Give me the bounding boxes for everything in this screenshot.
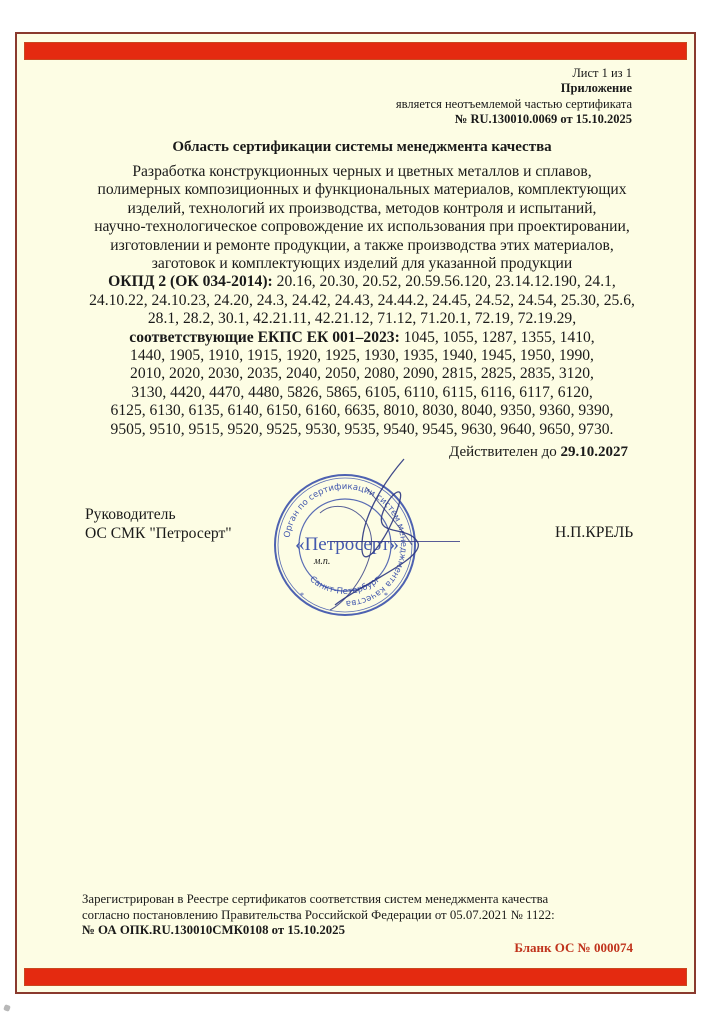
appendix-note: является неотъемлемой частью сертификата bbox=[396, 97, 632, 112]
signatory-position: Руководитель ОС СМК "Петросерт" bbox=[85, 505, 232, 543]
ekps-line: 1440, 1905, 1910, 1915, 1920, 1925, 1930… bbox=[70, 347, 654, 365]
okpd-line: ОКПД 2 (ОК 034-2014): 20.16, 20.30, 20.5… bbox=[70, 273, 654, 291]
okpd-line: 28.1, 28.2, 30.1, 42.21.11, 42.21.12, 71… bbox=[70, 310, 654, 328]
ekps-line: 6125, 6130, 6135, 6140, 6150, 6160, 6635… bbox=[70, 402, 654, 420]
ekps-line: 3130, 4420, 4470, 4480, 5826, 5865, 6105… bbox=[70, 384, 654, 402]
handwritten-signature-icon bbox=[300, 455, 470, 615]
appendix-header: Лист 1 из 1 Приложение является неотъемл… bbox=[396, 66, 632, 127]
form-number: Бланк ОС № 000074 bbox=[514, 940, 633, 956]
scope-line: изделий, технологий их производства, мет… bbox=[70, 200, 654, 218]
okpd-line: 24.10.22, 24.10.23, 24.20, 24.3, 24.42, … bbox=[70, 292, 654, 310]
ekps-line: соответствующие ЕКПС ЕК 001–2023: 1045, … bbox=[70, 329, 654, 347]
scope-line: научно-технологическое сопровождение их … bbox=[70, 218, 654, 236]
ekps-line: 9505, 9510, 9515, 9520, 9525, 9530, 9535… bbox=[70, 421, 654, 439]
signatory-name: Н.П.КРЕЛЬ bbox=[555, 524, 633, 542]
scope-line: изготовлении и ремонте продукции, а такж… bbox=[70, 237, 654, 255]
scan-speck bbox=[3, 1004, 11, 1012]
ekps-codes: 1045, 1055, 1287, 1355, 1410, bbox=[400, 329, 595, 346]
validity-value: 29.10.2027 bbox=[561, 444, 629, 460]
page-title: Область сертификации системы менеджмента… bbox=[0, 139, 724, 156]
scope-line: полимерных композиционных и функциональн… bbox=[70, 181, 654, 199]
scope-line: заготовок и комплектующих изделий для ук… bbox=[70, 255, 654, 273]
top-red-bar bbox=[24, 42, 687, 60]
signatory-title: Руководитель bbox=[85, 505, 232, 524]
signatory-organization: ОС СМК "Петросерт" bbox=[85, 524, 232, 543]
sheet-number: Лист 1 из 1 bbox=[396, 66, 632, 81]
ekps-label: соответствующие ЕКПС ЕК 001–2023: bbox=[129, 329, 399, 346]
registry-line: Зарегистрирован в Реестре сертификатов с… bbox=[82, 892, 555, 908]
certification-scope: Разработка конструкционных черных и цвет… bbox=[70, 163, 654, 439]
okpd-label: ОКПД 2 (ОК 034-2014): bbox=[108, 273, 273, 290]
bottom-red-bar bbox=[24, 968, 687, 986]
appendix-label: Приложение bbox=[396, 81, 632, 96]
registry-note: Зарегистрирован в Реестре сертификатов с… bbox=[82, 892, 555, 939]
okpd-codes: 20.16, 20.30, 20.52, 20.59.56.120, 23.14… bbox=[273, 273, 616, 290]
registry-line: согласно постановлению Правительства Рос… bbox=[82, 908, 555, 924]
ekps-line: 2010, 2020, 2030, 2035, 2040, 2050, 2080… bbox=[70, 365, 654, 383]
scope-line: Разработка конструкционных черных и цвет… bbox=[70, 163, 654, 181]
certificate-reference: № RU.130010.0069 от 15.10.2025 bbox=[396, 112, 632, 127]
validity-date: Действителен до 29.10.2027 bbox=[449, 444, 628, 461]
registry-number: № ОА ОПК.RU.130010СМК0108 от 15.10.2025 bbox=[82, 923, 555, 939]
